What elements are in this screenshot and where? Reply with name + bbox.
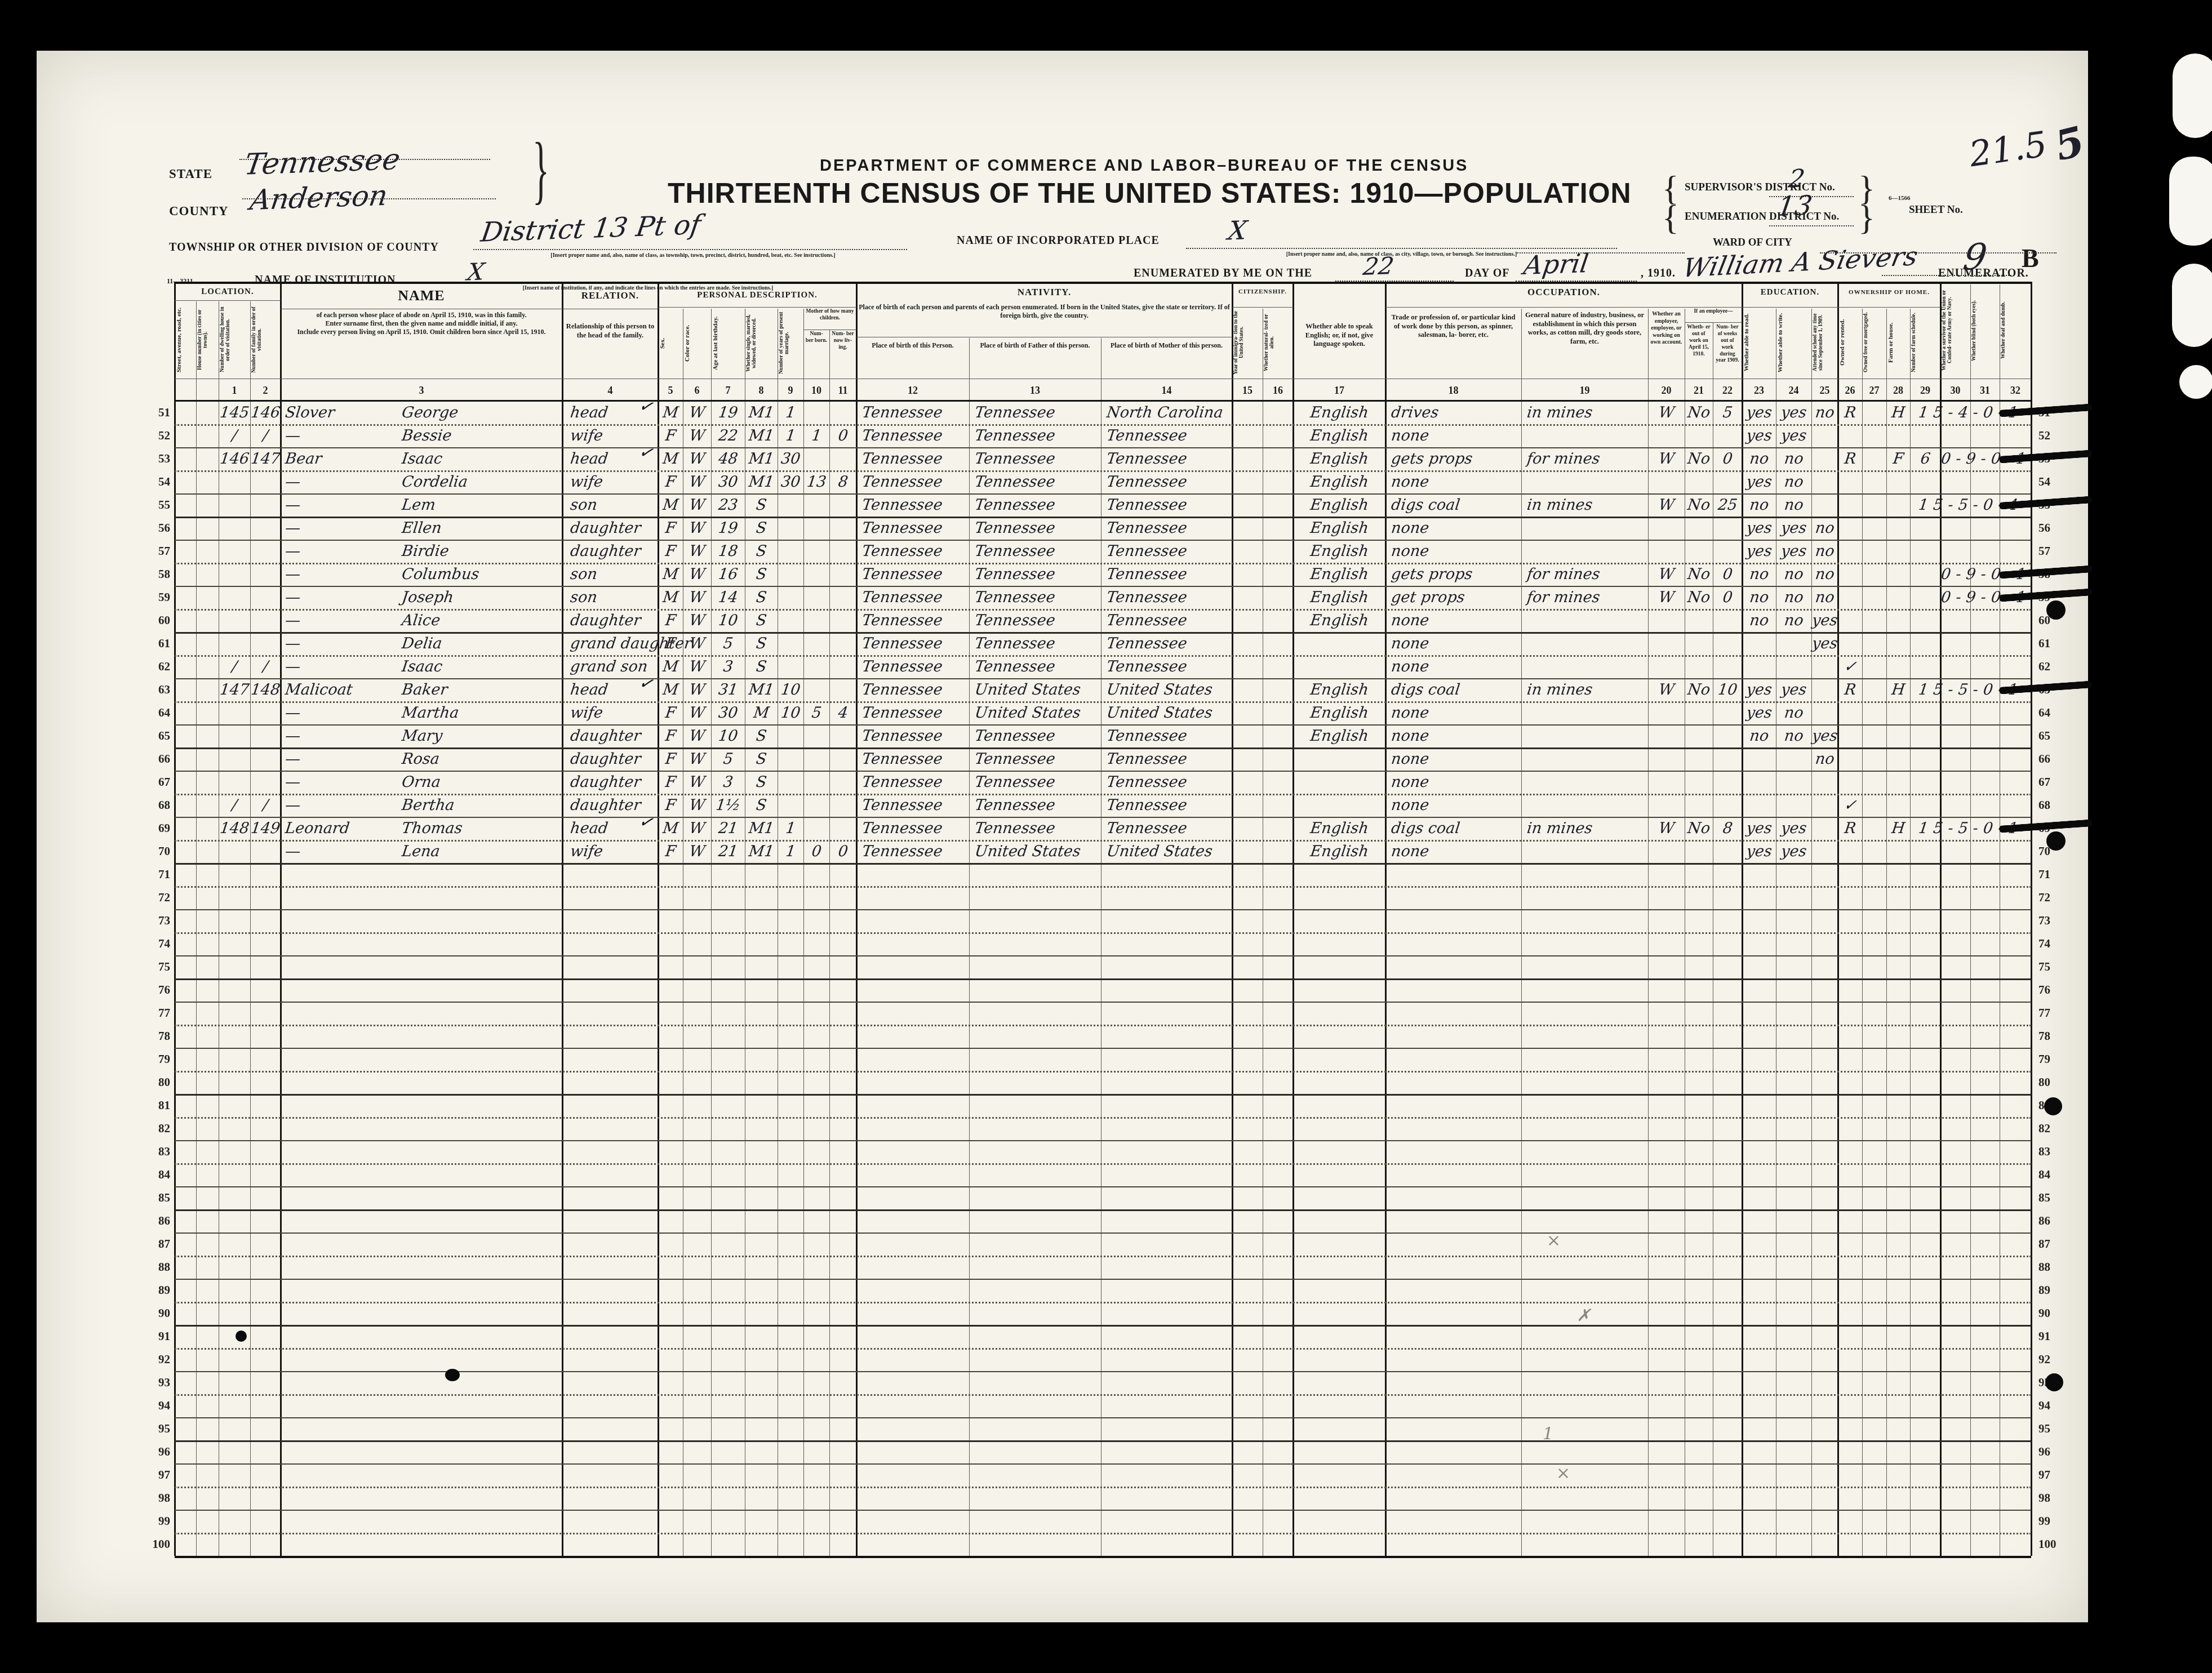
group-personal-description: PERSONAL DESCRIPTION.	[658, 284, 856, 306]
cell-own: R	[1836, 680, 1863, 703]
grid-line	[175, 1025, 2031, 1026]
cell-age: 21	[709, 818, 746, 842]
col-number-25: 25	[1811, 381, 1838, 400]
cell-eng: English	[1291, 541, 1387, 564]
grid-line	[175, 1232, 2031, 1234]
cell-surname: —	[283, 749, 405, 772]
cell-surname: —	[283, 772, 405, 795]
film-sprocket	[2179, 365, 2212, 399]
cell-col: W	[681, 749, 712, 772]
col-header-relation-desc: Relationship of this person to the head …	[565, 322, 656, 376]
col-number-31: 31	[1970, 381, 2000, 400]
sheet-letter: B	[2022, 243, 2040, 273]
cell-wks: 0	[1711, 449, 1743, 472]
cell-d: 145	[217, 403, 251, 426]
col-number-7: 7	[711, 381, 745, 400]
cell-rd: yes	[1740, 403, 1777, 426]
row-number-right: 96	[2038, 1445, 2084, 1468]
cell-eng: English	[1291, 726, 1387, 749]
row-number-right: 99	[2038, 1514, 2084, 1537]
cell-rd: no	[1740, 611, 1777, 634]
row-number-left: 65	[142, 729, 170, 752]
cell-pom: United States	[1105, 703, 1233, 726]
row-number-left: 99	[142, 1514, 170, 1537]
ink-blot	[445, 1369, 460, 1381]
cell-yrs: 30	[776, 449, 805, 472]
cell-pof: Tennessee	[973, 726, 1102, 749]
cell-mar: S	[743, 518, 779, 541]
col-header-free-mortgaged: Owned free or mortgaged.	[1863, 309, 1885, 376]
grid-line	[175, 379, 2031, 379]
cell-age: 22	[709, 426, 746, 449]
cell-eng: English	[1291, 403, 1387, 426]
cell-wr: no	[1774, 449, 1813, 472]
cell-rd: yes	[1740, 426, 1777, 449]
row-number-left: 92	[142, 1352, 170, 1376]
cell-mar: S	[743, 772, 779, 795]
row-number-right: 87	[2038, 1237, 2084, 1260]
cell-ind: for mines	[1525, 564, 1649, 588]
row-number-left: 97	[142, 1468, 170, 1491]
col-number-5: 5	[658, 381, 683, 400]
grid-line	[2031, 282, 2032, 1556]
grid-line	[175, 1256, 2031, 1257]
row-number-right: 71	[2038, 867, 2084, 891]
cell-trade: none	[1389, 541, 1522, 564]
cell-pob: Tennessee	[860, 795, 970, 818]
cell-sex: M	[656, 449, 684, 472]
cell-out: No	[1683, 564, 1714, 588]
row-number-left: 66	[142, 752, 170, 775]
col-header-out-of-work: Wheth- er out of work on April 15, 1910.	[1687, 324, 1711, 376]
cell-trade: drives	[1389, 403, 1522, 426]
cell-trade: gets props	[1389, 449, 1522, 472]
cell-emp: W	[1646, 495, 1686, 518]
cell-mar: S	[743, 495, 779, 518]
row-number-right: 83	[2038, 1145, 2084, 1168]
cell-d: 146	[217, 449, 251, 472]
cell-pof: United States	[973, 842, 1102, 865]
cell-out: No	[1683, 495, 1714, 518]
row-number-right: 86	[2038, 1214, 2084, 1237]
cell-given-name: Thomas	[400, 818, 561, 842]
col-header-owned-rented: Owned or rented.	[1839, 309, 1861, 376]
cell-mar: M1	[743, 403, 779, 426]
row-number-left: 77	[142, 1006, 170, 1029]
col-header-if-employee: If an employee—	[1687, 309, 1740, 322]
cell-col: W	[681, 611, 712, 634]
row-number-right: 92	[2038, 1352, 2084, 1376]
row-number-left: 55	[142, 498, 170, 521]
grid-line	[2000, 284, 2000, 1556]
cell-surname: —	[283, 426, 405, 449]
cell-cb: 1	[802, 426, 830, 449]
cell-fh: F	[1885, 449, 1911, 472]
row-number-right: 84	[2038, 1168, 2084, 1191]
cell-yrs: 1	[776, 818, 805, 842]
row-number-left: 60	[142, 613, 170, 637]
row-number-right: 100	[2038, 1537, 2084, 1560]
grid-line	[562, 282, 563, 1556]
cell-f: 147	[248, 449, 282, 472]
cell-pob: Tennessee	[860, 657, 970, 680]
cell-age: 48	[709, 449, 746, 472]
row-number-right: 66	[2038, 752, 2084, 775]
col-number-24: 24	[1776, 381, 1811, 400]
state-label: STATE	[169, 167, 212, 181]
cell-fh: H	[1885, 403, 1911, 426]
cell-pof: Tennessee	[973, 611, 1102, 634]
cell-age: 18	[709, 541, 746, 564]
ink-blot	[236, 1331, 247, 1342]
row-number-left: 56	[142, 521, 170, 544]
cell-rd: no	[1740, 495, 1777, 518]
cell-surname: —	[283, 495, 405, 518]
row-number-left: 67	[142, 775, 170, 798]
cell-trade: none	[1389, 518, 1522, 541]
cell-yrs: 30	[776, 472, 805, 495]
cell-rd: no	[1740, 726, 1777, 749]
cell-given-name: Bertha	[400, 795, 561, 818]
cell-given-name: Joseph	[400, 588, 561, 611]
day-of-label: DAY OF	[1465, 267, 1510, 280]
cell-s1: /	[217, 657, 251, 680]
cell-mar: S	[743, 726, 779, 749]
cell-d: 147	[217, 680, 251, 703]
cell-pob: Tennessee	[860, 472, 970, 495]
row-number-left: 69	[142, 821, 170, 844]
cell-col: W	[681, 703, 712, 726]
cell-sex: M	[656, 657, 684, 680]
row-number-right: 67	[2038, 775, 2084, 798]
cell-s1: /	[217, 795, 251, 818]
cell-mar: M1	[743, 680, 779, 703]
cell-trade: none	[1389, 842, 1522, 865]
cell-relation: daughter	[568, 772, 659, 795]
col-header-read: Whether able to read.	[1743, 309, 1775, 376]
col-number-26: 26	[1838, 381, 1862, 400]
cell-wr: yes	[1774, 680, 1813, 703]
cell-relation: daughter	[568, 518, 659, 541]
cell-sch: no	[1810, 403, 1839, 426]
cell-eng: English	[1291, 564, 1387, 588]
cell-trade: digs coal	[1389, 495, 1522, 518]
cell-s2: /	[248, 657, 282, 680]
county-label: COUNTY	[169, 204, 229, 219]
cell-pom: Tennessee	[1105, 472, 1233, 495]
cell-yrs: 1	[776, 403, 805, 426]
cell-wr: no	[1774, 564, 1813, 588]
cell-trade: digs coal	[1389, 818, 1522, 842]
col-number-20: 20	[1648, 381, 1685, 400]
grid-line	[175, 1048, 2031, 1049]
enumeration-label: ENUMERATION DISTRICT No.	[1685, 211, 1839, 223]
grid-line	[175, 1348, 2031, 1350]
grid-line	[562, 309, 658, 309]
row-number-left: 52	[142, 429, 170, 452]
grid-line	[175, 886, 2031, 888]
cell-eng: English	[1291, 818, 1387, 842]
cell-given-name: Isaac	[400, 449, 561, 472]
col-number-29: 29	[1910, 381, 1940, 400]
cell-cb: 5	[802, 703, 830, 726]
col-header-school: Attended school any time since September…	[1813, 309, 1837, 376]
cell-rd: yes	[1740, 680, 1777, 703]
cell-pom: United States	[1105, 680, 1233, 703]
cell-trade: none	[1389, 749, 1522, 772]
grid-line	[281, 309, 562, 309]
row-number-right: 98	[2038, 1491, 2084, 1514]
cell-pob: Tennessee	[860, 818, 970, 842]
grid-line	[1970, 284, 1971, 1556]
grid-line	[175, 1163, 2031, 1165]
cell-age: 3	[709, 657, 746, 680]
cell-pom: Tennessee	[1105, 611, 1233, 634]
grid-line	[175, 955, 2031, 956]
cell-given-name: Lem	[400, 495, 561, 518]
cell-ind: for mines	[1525, 588, 1649, 611]
cell-sex: F	[656, 611, 684, 634]
cell-age: 5	[709, 634, 746, 657]
cell-own: ✓	[1836, 795, 1863, 818]
cell-trade: none	[1389, 772, 1522, 795]
grid-line	[1385, 307, 1742, 308]
cell-own: R	[1836, 449, 1863, 472]
cell-wr: no	[1774, 472, 1813, 495]
cell-col: W	[681, 449, 712, 472]
row-number-left: 91	[142, 1329, 170, 1352]
cell-pom: Tennessee	[1105, 518, 1233, 541]
cell-given-name: George	[400, 403, 561, 426]
row-number-left: 71	[142, 867, 170, 891]
cell-pom: Tennessee	[1105, 588, 1233, 611]
group-ownership-of-home: OWNERSHIP OF HOME.	[1838, 283, 1940, 301]
cell-pom: Tennessee	[1105, 634, 1233, 657]
cell-sex: F	[656, 772, 684, 795]
cell-pob: Tennessee	[860, 495, 970, 518]
cell-sch: yes	[1810, 611, 1839, 634]
cell-age: 23	[709, 495, 746, 518]
cell-col: W	[681, 541, 712, 564]
row-number-left: 84	[142, 1168, 170, 1191]
grid-line	[196, 301, 197, 1556]
cell-eng: English	[1291, 611, 1387, 634]
group-citizenship: CITIZENSHIP.	[1232, 283, 1293, 300]
grid-line	[175, 400, 2031, 402]
sheet-code: 6—1566	[1889, 195, 1911, 202]
cell-pob: Tennessee	[860, 518, 970, 541]
census-title: THIRTEENTH CENSUS OF THE UNITED STATES: …	[668, 177, 1606, 210]
col-header-house-number: House number (in cities or towns).	[197, 303, 217, 376]
grid-line	[856, 337, 1232, 337]
group-name: NAME	[281, 284, 562, 307]
cell-sex: F	[656, 518, 684, 541]
grid-line	[219, 301, 219, 1556]
grid-line	[175, 1463, 2031, 1465]
grid-line	[175, 1117, 2031, 1119]
cell-trade: gets props	[1389, 564, 1522, 588]
cell-pof: Tennessee	[973, 588, 1102, 611]
cell-rd: no	[1740, 588, 1777, 611]
cell-mar: M1	[743, 842, 779, 865]
row-number-left: 61	[142, 637, 170, 660]
cell-col: W	[681, 403, 712, 426]
col-number-19: 19	[1521, 381, 1648, 400]
enumeration-brace-close: }	[1858, 198, 1875, 238]
cell-pof: Tennessee	[973, 518, 1102, 541]
col-number-2: 2	[250, 381, 281, 400]
group-relation: RELATION.	[562, 284, 658, 307]
cell-pob: Tennessee	[860, 449, 970, 472]
cell-col: W	[681, 795, 712, 818]
cell-rd: no	[1740, 449, 1777, 472]
cell-own: R	[1836, 403, 1863, 426]
group-education: EDUCATION.	[1742, 283, 1838, 301]
cell-pof: Tennessee	[973, 772, 1102, 795]
cell-s2: /	[248, 426, 282, 449]
cell-mar: S	[743, 657, 779, 680]
row-number-right: 90	[2038, 1306, 2084, 1329]
grid-line	[174, 282, 176, 1556]
department-line: DEPARTMENT OF COMMERCE AND LABOR–BUREAU …	[820, 157, 1462, 175]
cell-given-name: Martha	[400, 703, 561, 726]
cell-pof: Tennessee	[973, 449, 1102, 472]
row-number-left: 98	[142, 1491, 170, 1514]
col-number-15: 15	[1232, 381, 1263, 400]
cell-pob: Tennessee	[860, 564, 970, 588]
col-number-16: 16	[1263, 381, 1293, 400]
cell-given-name: Columbus	[400, 564, 561, 588]
cell-pob: Tennessee	[860, 426, 970, 449]
cell-sex: F	[656, 426, 684, 449]
grid-line	[175, 1325, 2031, 1327]
cell-col: W	[681, 842, 712, 865]
cell-fh: H	[1885, 680, 1911, 703]
row-number-left: 85	[142, 1191, 170, 1214]
sheet-label: SHEET No.	[1909, 204, 1963, 216]
cell-ind: in mines	[1525, 680, 1649, 703]
cell-relation: wife	[568, 842, 659, 865]
row-number-left: 72	[142, 891, 170, 914]
col-number-17: 17	[1293, 381, 1385, 400]
cell-cb: 0	[802, 842, 830, 865]
cell-wr: yes	[1774, 818, 1813, 842]
cell-pof: Tennessee	[973, 541, 1102, 564]
county-value: Anderson	[248, 179, 389, 216]
col-number-11: 11	[829, 381, 856, 400]
cell-cb: 13	[802, 472, 830, 495]
cell-surname: —	[283, 588, 405, 611]
cell-cl: 0	[828, 842, 858, 865]
cell-pom: United States	[1105, 842, 1233, 865]
cell-surname: —	[283, 795, 405, 818]
col-header-weeks-out: Num- ber of weeks out of work during yea…	[1715, 324, 1740, 376]
ward-label: WARD OF CITY	[1713, 237, 1792, 249]
hole-punch-dot	[2044, 1097, 2062, 1115]
township-note: [Insert proper name and, also, name of c…	[476, 252, 910, 259]
cell-yrs: 10	[776, 680, 805, 703]
cell-given-name: Ellen	[400, 518, 561, 541]
cell-trade: none	[1389, 472, 1522, 495]
grid-line	[175, 1440, 2031, 1442]
cell-eng: English	[1291, 449, 1387, 472]
cell-pof: Tennessee	[973, 403, 1102, 426]
cell-yrs: 1	[776, 842, 805, 865]
cell-surname: Slover	[283, 403, 405, 426]
cell-s2: /	[248, 795, 282, 818]
cell-pob: Tennessee	[860, 680, 970, 703]
cell-pob: Tennessee	[860, 588, 970, 611]
cell-rd: yes	[1740, 842, 1777, 865]
cell-mar: S	[743, 588, 779, 611]
col-number-28: 28	[1886, 381, 1910, 400]
cell-surname: —	[283, 726, 405, 749]
cell-sex: M	[656, 818, 684, 842]
col-number-27: 27	[1862, 381, 1886, 400]
cell-rd: yes	[1740, 818, 1777, 842]
cell-wks: 0	[1711, 588, 1743, 611]
cell-trade: none	[1389, 634, 1522, 657]
cell-age: 10	[709, 611, 746, 634]
col-number-21: 21	[1685, 381, 1713, 400]
cell-wr: no	[1774, 611, 1813, 634]
cell-emp: W	[1646, 818, 1686, 842]
cell-trade: none	[1389, 611, 1522, 634]
cell-relation: daughter	[568, 726, 659, 749]
cell-surname: Malicoat	[283, 680, 405, 703]
cell-pob: Tennessee	[860, 726, 970, 749]
cell-pof: Tennessee	[973, 657, 1102, 680]
cell-wr: no	[1774, 588, 1813, 611]
cell-age: 16	[709, 564, 746, 588]
cell-pom: Tennessee	[1105, 449, 1233, 472]
cell-age: 1½	[709, 795, 746, 818]
cell-yrs: 1	[776, 426, 805, 449]
row-number-right: 76	[2038, 983, 2084, 1006]
cell-trade: digs coal	[1389, 680, 1522, 703]
col-number-14: 14	[1101, 381, 1232, 400]
state-county-brace: }	[532, 127, 549, 215]
cell-pom: Tennessee	[1105, 564, 1233, 588]
row-number-right: 79	[2038, 1052, 2084, 1075]
cell-given-name: Orna	[400, 772, 561, 795]
cell-emp: W	[1646, 449, 1686, 472]
cell-pof: Tennessee	[973, 634, 1102, 657]
row-number-right: 94	[2038, 1399, 2084, 1422]
col-header-mother-of-children: Mother of how many children.	[806, 309, 854, 329]
cell-wr: yes	[1774, 541, 1813, 564]
cell-out: No	[1683, 588, 1714, 611]
cell-sch: yes	[1810, 726, 1839, 749]
col-header-survivor: Whether a survivor of the Union or Confe…	[1942, 284, 1969, 376]
cell-pom: Tennessee	[1105, 818, 1233, 842]
col-header-english: Whether able to speak English; or, if no…	[1295, 322, 1383, 376]
cell-d: 148	[217, 818, 251, 842]
cell-mar: M1	[743, 426, 779, 449]
cell-rd: yes	[1740, 541, 1777, 564]
cell-sch: yes	[1810, 634, 1839, 657]
col-number-32: 32	[2000, 381, 2031, 400]
row-number-right: 68	[2038, 798, 2084, 821]
cell-pof: Tennessee	[973, 818, 1102, 842]
cell-pom: Tennessee	[1105, 749, 1233, 772]
row-number-left: 81	[142, 1098, 170, 1122]
cell-col: W	[681, 772, 712, 795]
cell-mar: S	[743, 795, 779, 818]
cell-sex: M	[656, 680, 684, 703]
stray-pencil-mark: 1	[1543, 1424, 1576, 1447]
row-number-right: 88	[2038, 1260, 2084, 1283]
